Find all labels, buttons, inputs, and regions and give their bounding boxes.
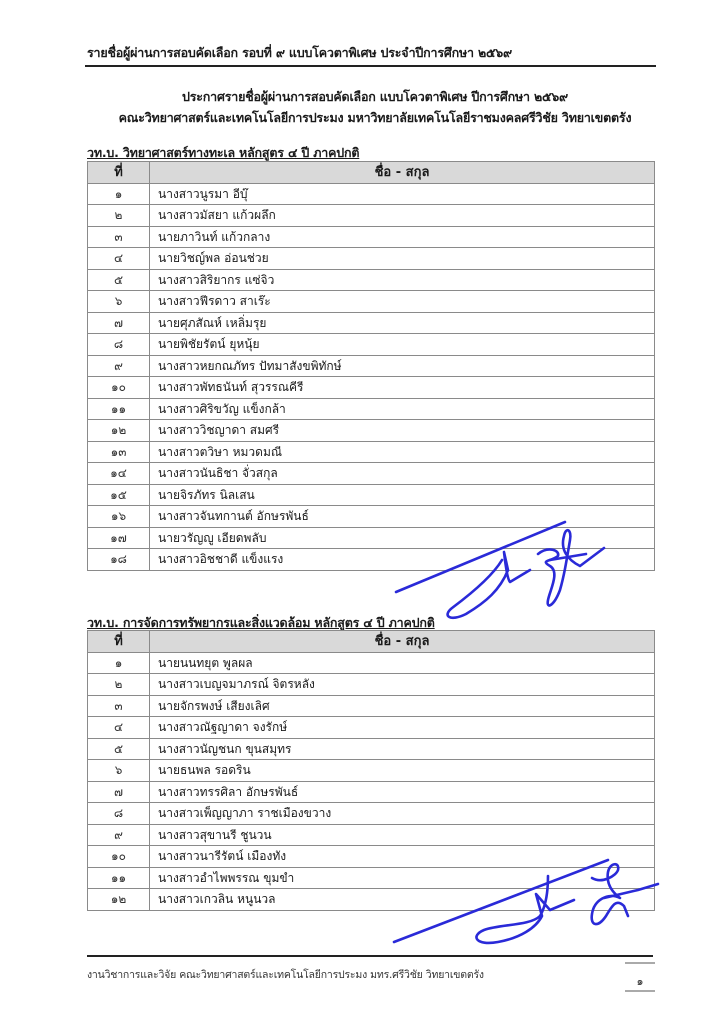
row-number: ๑๗ (88, 527, 150, 549)
table-row: ๑๒นางสาวเกวลิน หนูนวล (88, 889, 655, 911)
table-row: ๑๐นางสาวนารีรัตน์ เมืองทัง (88, 846, 655, 868)
running-header: รายชื่อผู้ผ่านการสอบคัดเลือก รอบที่ ๙ แบ… (87, 43, 512, 63)
announcement-title: ประกาศรายชื่อผู้ผ่านการสอบคัดเลือก แบบโค… (60, 87, 690, 107)
table-row: ๔นายวิชญ์พล อ่อนช่วย (88, 248, 655, 270)
student-name: นายพิชัยรัตน์ ยุหนุ้ย (150, 334, 655, 356)
student-name: นางสาวนัญชนก ขุนสมุทร (150, 738, 655, 760)
row-number: ๑๓ (88, 441, 150, 463)
table-row: ๑๕นายจิรภัทร นิลเสน (88, 484, 655, 506)
student-name: นางสาวอำไพพรรณ ขุมขำ (150, 867, 655, 889)
table-row: ๑๓นางสาวตวิษา หมวดมณี (88, 441, 655, 463)
student-name: นางสาวสิริยากร แซ่จิว (150, 269, 655, 291)
row-number: ๓ (88, 226, 150, 248)
footer-text: งานวิชาการและวิจัย คณะวิทยาศาสตร์และเทคโ… (87, 966, 484, 983)
column-header-name: ชื่อ - สกุล (150, 631, 655, 653)
student-name: นายวรัญญู เอียดพลับ (150, 527, 655, 549)
table-row: ๙นางสาวสุขานรี ชูนวน (88, 824, 655, 846)
row-number: ๙ (88, 355, 150, 377)
column-header-name: ชื่อ - สกุล (150, 162, 655, 184)
student-name: นายศุภสัณห์ เหลิ่มรุย (150, 312, 655, 334)
table-row: ๑๐นางสาวพัทธนันท์ สุวรรณคีรี (88, 377, 655, 399)
student-name: นางสาววิชญาดา สมศรี (150, 420, 655, 442)
row-number: ๑๘ (88, 549, 150, 571)
row-number: ๒ (88, 674, 150, 696)
row-number: ๑๑ (88, 867, 150, 889)
row-number: ๕ (88, 738, 150, 760)
student-name: นางสาวทรรศิลา อักษรพันธ์ (150, 781, 655, 803)
row-number: ๗ (88, 781, 150, 803)
row-number: ๑๑ (88, 398, 150, 420)
student-name: นางสาวหยกณภัทร ปัทมาสังขพิทักษ์ (150, 355, 655, 377)
table-row: ๑นางสาวนูรมา อีบุ๊ (88, 183, 655, 205)
student-name: นางสาวศิริขวัญ แข็งกล้า (150, 398, 655, 420)
student-name: นางสาวนูรมา อีบุ๊ (150, 183, 655, 205)
table-row: ๙นางสาวหยกณภัทร ปัทมาสังขพิทักษ์ (88, 355, 655, 377)
faculty-title: คณะวิทยาศาสตร์และเทคโนโลยีการประมง มหาวิ… (60, 108, 690, 128)
column-header-number: ที่ (88, 631, 150, 653)
row-number: ๑ (88, 652, 150, 674)
student-name: นายภาวินท์ แก้วกลาง (150, 226, 655, 248)
row-number: ๑๐ (88, 377, 150, 399)
student-name: นางสาวพัทธนันท์ สุวรรณคีรี (150, 377, 655, 399)
row-number: ๑๕ (88, 484, 150, 506)
student-name: นายวิชญ์พล อ่อนช่วย (150, 248, 655, 270)
row-number: ๑๐ (88, 846, 150, 868)
row-number: ๔ (88, 248, 150, 270)
student-name: นางสาวมัสยา แก้วผลึก (150, 205, 655, 227)
table-row: ๒นางสาวมัสยา แก้วผลึก (88, 205, 655, 227)
table-row: ๕นางสาวนัญชนก ขุนสมุทร (88, 738, 655, 760)
section-heading-marine-science: วท.บ. วิทยาศาสตร์ทางทะเล หลักสูตร ๔ ปี ภ… (87, 143, 359, 163)
table-row: ๑๑นางสาวอำไพพรรณ ขุมขำ (88, 867, 655, 889)
table-row: ๘นางสาวเพ็ญญาภา ราชเมืองขวาง (88, 803, 655, 825)
student-name: นางสาวเบญจมาภรณ์ จิตรหลัง (150, 674, 655, 696)
header-rule (85, 65, 656, 67)
row-number: ๘ (88, 334, 150, 356)
footer-rule (87, 955, 653, 957)
row-number: ๑๒ (88, 420, 150, 442)
row-number: ๑๒ (88, 889, 150, 911)
student-name: นางสาวอิชชาดี แข็งแรง (150, 549, 655, 571)
row-number: ๗ (88, 312, 150, 334)
student-name: นางสาวตวิษา หมวดมณี (150, 441, 655, 463)
table-row: ๑นายนนทยุต พูลผล (88, 652, 655, 674)
table-row: ๖นางสาวฟีรดาว สาเร๊ะ (88, 291, 655, 313)
student-name: นางสาวจันทกานต์ อักษรพันธ์ (150, 506, 655, 528)
student-name: นายจักรพงษ์ เสียงเลิศ (150, 695, 655, 717)
student-name: นางสาวฟีรดาว สาเร๊ะ (150, 291, 655, 313)
student-name: นายนนทยุต พูลผล (150, 652, 655, 674)
table-row: ๗นางสาวทรรศิลา อักษรพันธ์ (88, 781, 655, 803)
student-name: นางสาวสุขานรี ชูนวน (150, 824, 655, 846)
row-number: ๓ (88, 695, 150, 717)
student-name: นางสาวณัฐญาดา จงรักษ์ (150, 717, 655, 739)
table-row: ๖นายธนพล รอดริน (88, 760, 655, 782)
student-name: นางสาวเพ็ญญาภา ราชเมืองขวาง (150, 803, 655, 825)
row-number: ๑๔ (88, 463, 150, 485)
table-row: ๒นางสาวเบญจมาภรณ์ จิตรหลัง (88, 674, 655, 696)
student-name: นายจิรภัทร นิลเสน (150, 484, 655, 506)
row-number: ๖ (88, 291, 150, 313)
row-number: ๖ (88, 760, 150, 782)
roster-table-marine-science: ที่ ชื่อ - สกุล ๑นางสาวนูรมา อีบุ๊๒นางสา… (87, 161, 655, 571)
table-row: ๑๑นางสาวศิริขวัญ แข็งกล้า (88, 398, 655, 420)
table-row: ๑๒นางสาววิชญาดา สมศรี (88, 420, 655, 442)
page-number: ๑ (625, 972, 655, 990)
column-header-number: ที่ (88, 162, 150, 184)
row-number: ๑๖ (88, 506, 150, 528)
student-name: นางสาวนันธิชา จั่วสกุล (150, 463, 655, 485)
student-name: นางสาวเกวลิน หนูนวล (150, 889, 655, 911)
table-row: ๑๘นางสาวอิชชาดี แข็งแรง (88, 549, 655, 571)
page-number-box: ๑ (625, 962, 655, 994)
table-row: ๓นายจักรพงษ์ เสียงเลิศ (88, 695, 655, 717)
table-row: ๑๔นางสาวนันธิชา จั่วสกุล (88, 463, 655, 485)
table-row: ๓นายภาวินท์ แก้วกลาง (88, 226, 655, 248)
table-row: ๘นายพิชัยรัตน์ ยุหนุ้ย (88, 334, 655, 356)
table-row: ๗นายศุภสัณห์ เหลิ่มรุย (88, 312, 655, 334)
row-number: ๒ (88, 205, 150, 227)
table-row: ๑๖นางสาวจันทกานต์ อักษรพันธ์ (88, 506, 655, 528)
row-number: ๙ (88, 824, 150, 846)
table-row: ๑๗นายวรัญญู เอียดพลับ (88, 527, 655, 549)
row-number: ๘ (88, 803, 150, 825)
row-number: ๑ (88, 183, 150, 205)
student-name: นางสาวนารีรัตน์ เมืองทัง (150, 846, 655, 868)
row-number: ๕ (88, 269, 150, 291)
row-number: ๔ (88, 717, 150, 739)
table-row: ๕นางสาวสิริยากร แซ่จิว (88, 269, 655, 291)
roster-table-resource-management: ที่ ชื่อ - สกุล ๑นายนนทยุต พูลผล๒นางสาวเ… (87, 630, 655, 911)
student-name: นายธนพล รอดริน (150, 760, 655, 782)
table-row: ๔นางสาวณัฐญาดา จงรักษ์ (88, 717, 655, 739)
